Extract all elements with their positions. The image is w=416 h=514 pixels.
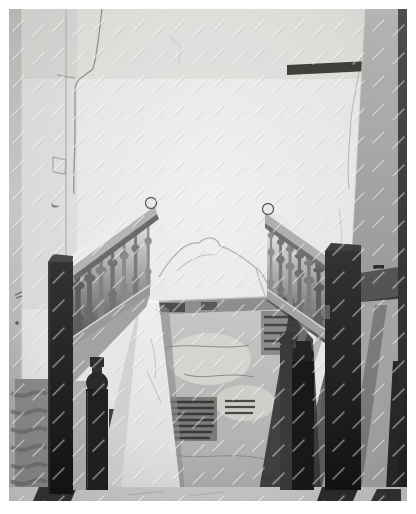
page-root (0, 0, 416, 514)
watermark-overlay (9, 9, 407, 501)
photo-frame (9, 9, 407, 501)
stairwell-photo (9, 9, 407, 501)
